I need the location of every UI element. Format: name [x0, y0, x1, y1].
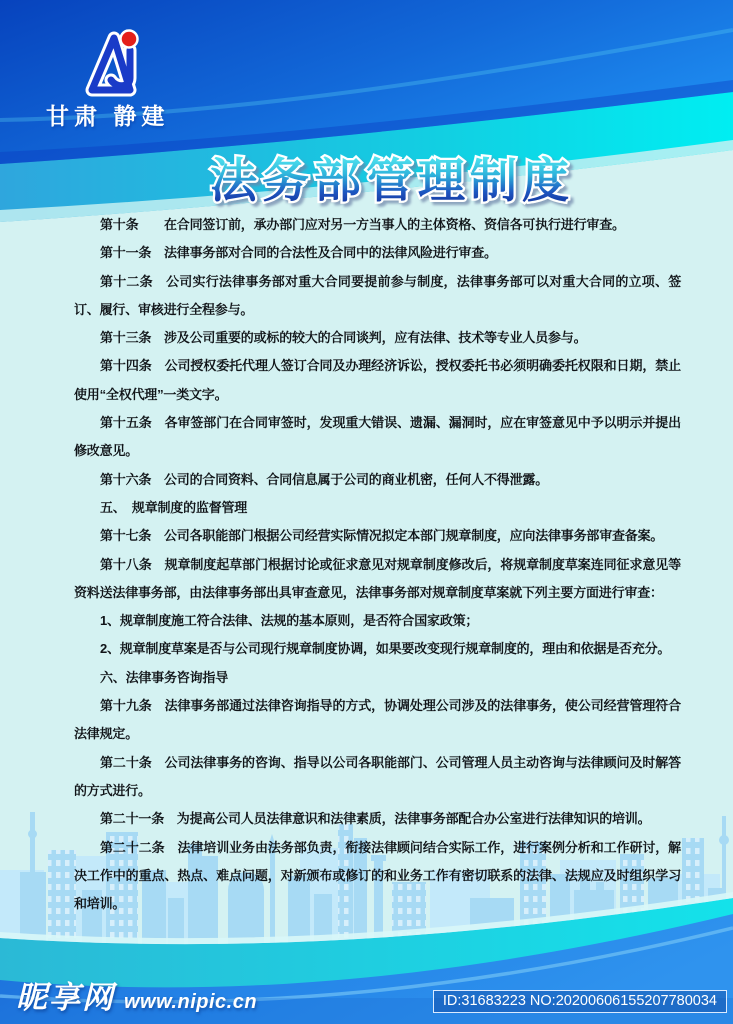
section-heading: 五、 规章制度的监督管理: [74, 494, 681, 522]
image-id-badge: ID:31683223 NO:20200606155207780034: [433, 990, 727, 1013]
article-paragraph: 第十六条 公司的合同资料、合同信息属于公司的商业机密，任何人不得泄露。: [74, 466, 681, 494]
poster-title-graphic: 法务部管理制度: [0, 146, 733, 212]
article-paragraph: 第十八条 规章制度起草部门根据讨论或征求意见对规章制度修改后，将规章制度草案连同…: [74, 551, 681, 608]
site-name: 昵享网: [16, 980, 115, 1015]
section-heading: 六、法律事务咨询指导: [74, 664, 681, 692]
article-paragraph: 第十三条 涉及公司重要的或标的较大的合同谈判，应有法律、技术等专业人员参与。: [74, 324, 681, 352]
poster-page: 甘肃 静建 法务部管理制度: [0, 0, 733, 1024]
article-paragraph: 第十四条 公司授权委托代理人签订合同及办理经济诉讼，授权委托书必须明确委托权限和…: [74, 352, 681, 409]
article-paragraph: 第十二条 公司实行法律事务部对重大合同要提前参与制度，法律事务部可以对重大合同的…: [74, 268, 681, 325]
article-paragraph: 第十九条 法律事务部通过法律咨询指导的方式，协调处理公司涉及的法律事务，使公司经…: [74, 692, 681, 749]
article-paragraph: 第十一条 法律事务部对合同的合法性及合同中的法律风险进行审查。: [74, 239, 681, 267]
site-url: www.nipic.cn: [124, 991, 257, 1013]
article-paragraph: 第二十一条 为提高公司人员法律意识和法律素质，法律事务部配合办公室进行法律知识的…: [74, 805, 681, 833]
article-paragraph: 第十条 在合同签订前，承办部门应对另一方当事人的主体资格、资信各可执行进行审查。: [74, 211, 681, 239]
article-paragraph: 1、规章制度施工符合法律、法规的基本原则，是否符合国家政策；: [74, 607, 681, 635]
page-title: 法务部管理制度: [210, 154, 574, 207]
article-paragraph: 第十七条 公司各职能部门根据公司经营实际情况拟定本部门规章制度，应向法律事务部审…: [74, 522, 681, 550]
article-paragraph: 第十五条 各审签部门在合同审签时，发现重大错误、遗漏、漏洞时，应在审签意见中予以…: [74, 409, 681, 466]
org-name: 甘肃 静建: [46, 98, 169, 131]
gansu-jingjian-logo-icon: [80, 28, 144, 98]
regulation-body: 第十条 在合同签订前，承办部门应对另一方当事人的主体资格、资信各可执行进行审查。…: [0, 211, 733, 918]
article-paragraph: 第二十条 公司法律事务的咨询、指导以公司各职能部门、公司管理人员主动咨询与法律顾…: [74, 749, 681, 806]
poster-title-wrap: 法务部管理制度: [0, 146, 733, 212]
watermark-brand: 昵享网www.nipic.cn: [16, 972, 257, 1017]
article-paragraph: 2、规章制度草案是否与公司现行规章制度协调，如果要改变现行规章制度的，理由和依据…: [74, 635, 681, 663]
